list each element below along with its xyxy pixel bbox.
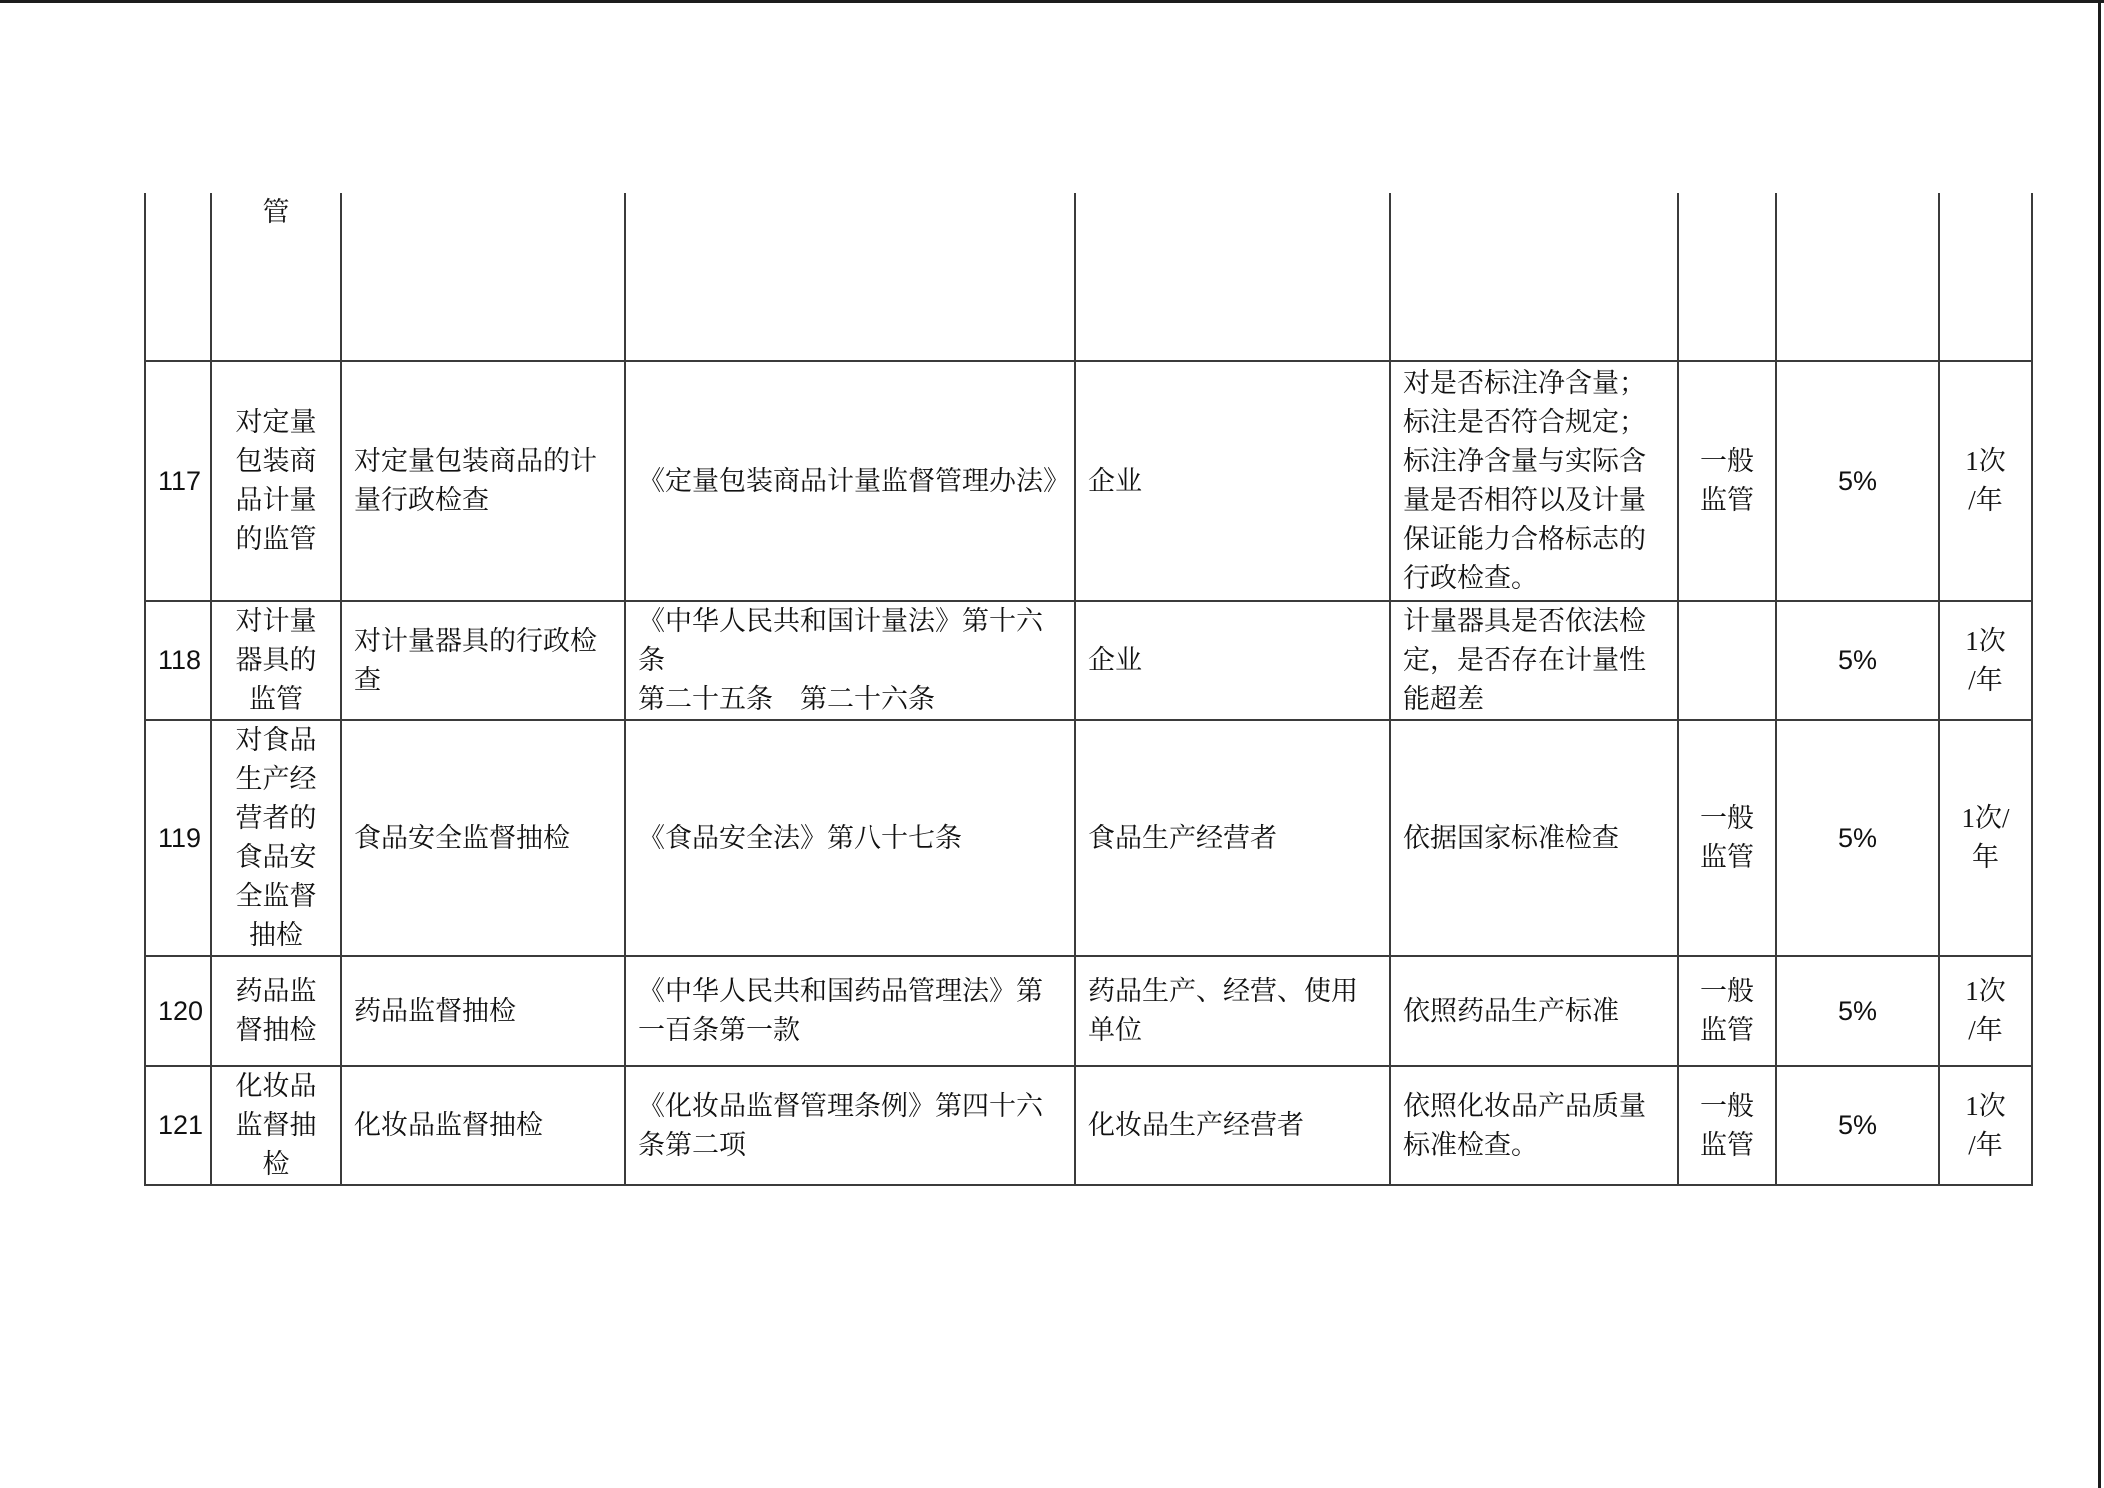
table-row-121: 121 化妆品监督抽检 化妆品监督抽检 《化妆品监督管理条例》第四十六条第二项 … [145, 1066, 2032, 1185]
legal-basis-cell: 《中华人民共和国药品管理法》第一百条第一款 [625, 956, 1075, 1066]
serial-number-cell: 117 [145, 361, 211, 601]
ratio-cell: 5% [1776, 601, 1939, 720]
table-row-119: 119 对食品生产经营者的食品安全监督抽检 食品安全监督抽检 《食品安全法》第八… [145, 720, 2032, 956]
check-content-cell: 对是否标注净含量；标注是否符合规定；标注净含量与实际含量是否相符以及计量保证能力… [1390, 361, 1678, 601]
frequency-cell: 1次 /年 [1939, 1066, 2032, 1185]
item-name-cell: 管 [211, 193, 341, 361]
target-cell: 企业 [1075, 361, 1390, 601]
target-cell: 药品生产、经营、使用单位 [1075, 956, 1390, 1066]
category-cell: 一般 监管 [1678, 720, 1776, 956]
check-item-cell: 食品安全监督抽检 [341, 720, 625, 956]
ratio-cell: 5% [1776, 720, 1939, 956]
category-cell: 一般 监管 [1678, 1066, 1776, 1185]
check-content-cell: 计量器具是否依法检定，是否存在计量性能超差 [1390, 601, 1678, 720]
check-content-cell [1390, 193, 1678, 361]
table-row-117: 117 对定量包装商品计量的监管 对定量包装商品的计量行政检查 《定量包装商品计… [145, 361, 2032, 601]
check-content-cell: 依照化妆品产品质量标准检查。 [1390, 1066, 1678, 1185]
check-item-cell: 化妆品监督抽检 [341, 1066, 625, 1185]
category-cell: 一般 监管 [1678, 361, 1776, 601]
item-name-cell: 对定量包装商品计量的监管 [211, 361, 341, 601]
check-item-cell: 对定量包装商品的计量行政检查 [341, 361, 625, 601]
legal-basis-cell [625, 193, 1075, 361]
item-name-cell: 对食品生产经营者的食品安全监督抽检 [211, 720, 341, 956]
check-item-cell: 药品监督抽检 [341, 956, 625, 1066]
check-content-cell: 依据国家标准检查 [1390, 720, 1678, 956]
table-row-continuation: 管 [145, 193, 2032, 361]
table-row-120: 120 药品监督抽检 药品监督抽检 《中华人民共和国药品管理法》第一百条第一款 … [145, 956, 2032, 1066]
serial-number-cell: 118 [145, 601, 211, 720]
ratio-cell: 5% [1776, 361, 1939, 601]
check-item-cell [341, 193, 625, 361]
page-right-border [2098, 0, 2101, 1488]
legal-basis-cell: 《食品安全法》第八十七条 [625, 720, 1075, 956]
legal-basis-cell: 《定量包装商品计量监督管理办法》 [625, 361, 1075, 601]
serial-number-cell [145, 193, 211, 361]
item-name-cell: 药品监督抽检 [211, 956, 341, 1066]
target-cell: 企业 [1075, 601, 1390, 720]
ratio-cell: 5% [1776, 956, 1939, 1066]
category-cell [1678, 601, 1776, 720]
check-content-cell: 依照药品生产标准 [1390, 956, 1678, 1066]
target-cell: 化妆品生产经营者 [1075, 1066, 1390, 1185]
ratio-cell: 5% [1776, 1066, 1939, 1185]
frequency-cell: 1次 /年 [1939, 956, 2032, 1066]
category-cell [1678, 193, 1776, 361]
frequency-cell: 1次/ 年 [1939, 720, 2032, 956]
serial-number-cell: 120 [145, 956, 211, 1066]
legal-basis-cell: 《中华人民共和国计量法》第十六条 第二十五条 第二十六条 [625, 601, 1075, 720]
check-item-cell: 对计量器具的行政检查 [341, 601, 625, 720]
frequency-cell: 1次 /年 [1939, 361, 2032, 601]
serial-number-cell: 119 [145, 720, 211, 956]
legal-basis-cell: 《化妆品监督管理条例》第四十六条第二项 [625, 1066, 1075, 1185]
frequency-cell [1939, 193, 2032, 361]
item-name-cell: 对计量器具的监管 [211, 601, 341, 720]
category-cell: 一般 监管 [1678, 956, 1776, 1066]
inspection-items-table: 管 117 对定量包装商品计量的监管 对定量包装商品的计量行政检查 《定量包装商… [144, 193, 2033, 1186]
serial-number-cell: 121 [145, 1066, 211, 1185]
frequency-cell: 1次 /年 [1939, 601, 2032, 720]
target-cell [1075, 193, 1390, 361]
target-cell: 食品生产经营者 [1075, 720, 1390, 956]
item-name-cell: 化妆品监督抽检 [211, 1066, 341, 1185]
page-top-border [0, 0, 2104, 3]
table-row-118: 118 对计量器具的监管 对计量器具的行政检查 《中华人民共和国计量法》第十六条… [145, 601, 2032, 720]
ratio-cell [1776, 193, 1939, 361]
document-page: 管 117 对定量包装商品计量的监管 对定量包装商品的计量行政检查 《定量包装商… [0, 0, 2104, 1488]
